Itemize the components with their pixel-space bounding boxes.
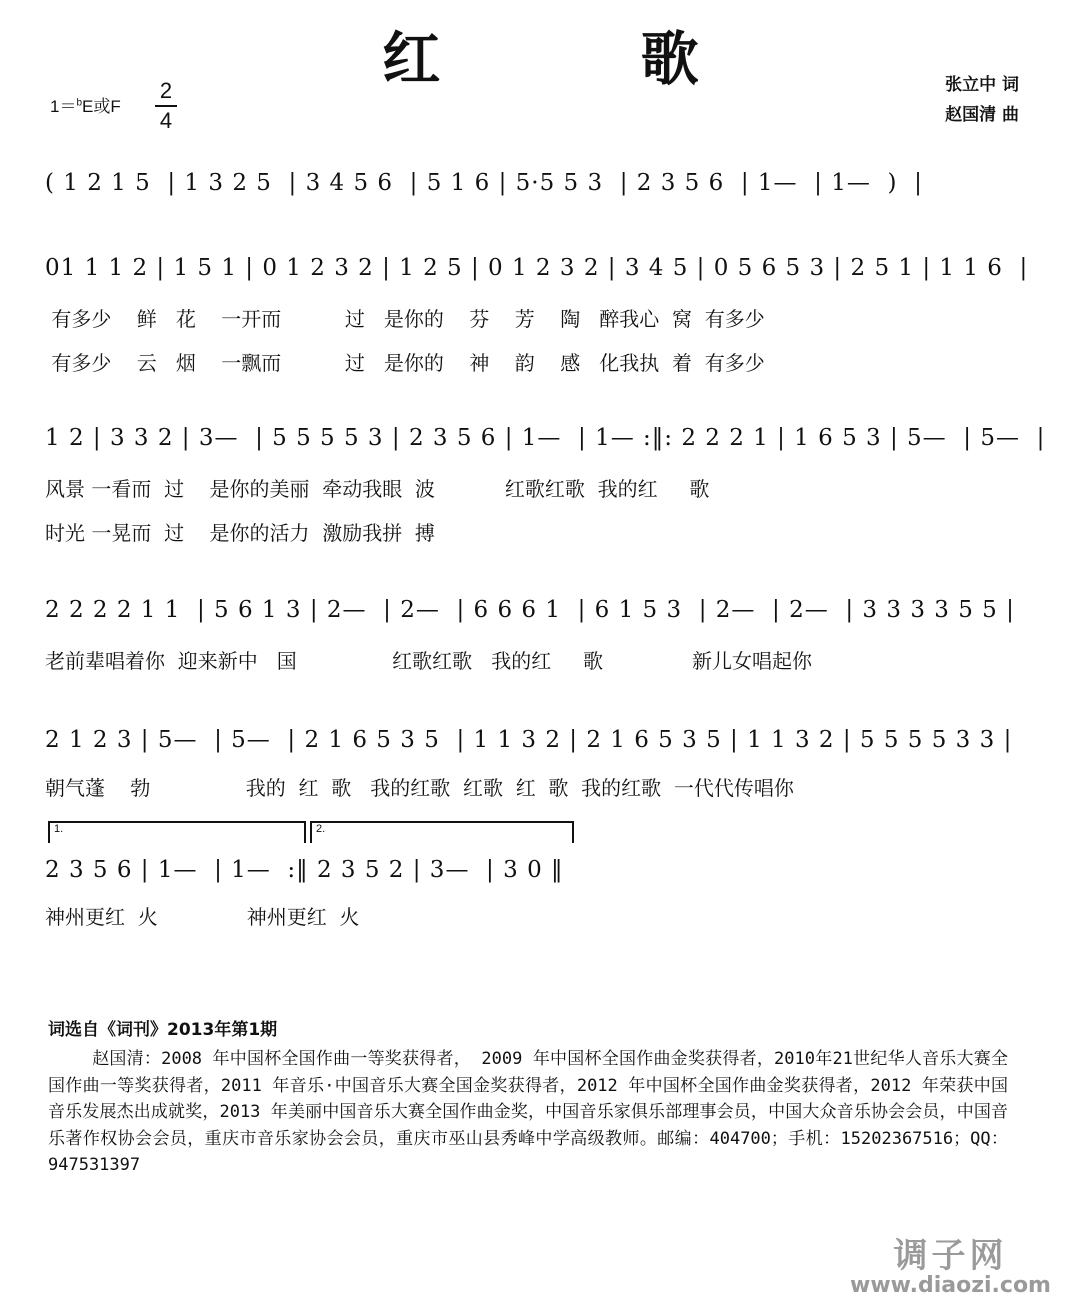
time-divider xyxy=(155,105,177,107)
watermark: 调子网 www.diaozi.com xyxy=(850,1228,1051,1298)
score-line-2: 01 1 1 2 | 1 5 1 | 0 1 2 3 2 | 1 2 5 | 0… xyxy=(45,255,1035,375)
notes: 2 3 5 6 | 1— | 1— :‖ 2 3 5 2 | 3— | 3 0 … xyxy=(45,857,564,883)
lyrics-verse-1: 风景 一看而 过 是你的美丽 牵动我眼 波 红歌红歌 我的红 歌 xyxy=(45,473,709,502)
key-signature: 1＝bE或F xyxy=(50,92,121,117)
notes: 1 2 | 3 3 2 | 3— | 5 5 5 5 3 | 2 3 5 6 |… xyxy=(45,425,1045,451)
lyrics-verse-1: 朝气蓬 勃 我的 红 歌 我的红歌 红歌 红 歌 我的红歌 一代代传唱你 xyxy=(45,772,794,801)
composer-bio: 赵国清：2008 年中国杯全国作曲一等奖获得者， 2009 年中国杯全国作曲金奖… xyxy=(48,1046,1008,1179)
score-line-6: 2 3 5 6 | 1— | 1— :‖ 2 3 5 2 | 3— | 3 0 … xyxy=(45,857,1035,937)
credits: 张立中 词 赵国清 曲 xyxy=(945,70,1019,130)
score-line-3: 1 2 | 3 3 2 | 3— | 5 5 5 5 3 | 2 3 5 6 |… xyxy=(45,425,1035,545)
lyricist: 张立中 词 xyxy=(945,70,1019,100)
notes: ( 1 2 1 5 | 1 3 2 5 | 3 4 5 6 | 5 1 6 | … xyxy=(45,170,923,196)
notes: 2 2 2 2 1 1 | 5 6 1 3 | 2— | 2— | 6 6 6 … xyxy=(45,597,1015,623)
notes: 01 1 1 2 | 1 5 1 | 0 1 2 3 2 | 1 2 5 | 0… xyxy=(45,255,1028,281)
key-prefix: 1＝ xyxy=(50,97,76,116)
lyrics-verse-1: 老前辈唱着你 迎来新中 国 红歌红歌 我的红 歌 新儿女唱起你 xyxy=(45,645,812,674)
volta-1: 1. xyxy=(48,821,306,843)
time-top: 2 xyxy=(160,78,172,103)
time-bottom: 4 xyxy=(160,108,172,133)
watermark-url: www.diaozi.com xyxy=(850,1273,1051,1298)
score-line-4: 2 2 2 2 1 1 | 5 6 1 3 | 2— | 2— | 6 6 6 … xyxy=(45,597,1035,677)
lyrics-source: 词选自《词刊》2013年第1期 xyxy=(48,1015,277,1040)
score-line-1: ( 1 2 1 5 | 1 3 2 5 | 3 4 5 6 | 5 1 6 | … xyxy=(45,170,1035,210)
lyrics-verse-2: 有多少 云 烟 一飘而 过 是你的 神 韵 感 化我执 着 有多少 xyxy=(45,347,765,376)
lyrics-verse-1: 有多少 鲜 花 一开而 过 是你的 芬 芳 陶 醉我心 窝 有多少 xyxy=(45,303,765,332)
score-line-5: 2 1 2 3 | 5— | 5— | 2 1 6 5 3 5 | 1 1 3 … xyxy=(45,727,1035,807)
composer: 赵国清 曲 xyxy=(945,100,1019,130)
lyrics-verse-2: 时光 一晃而 过 是你的活力 激励我拼 搏 xyxy=(45,517,435,546)
watermark-name: 调子网 xyxy=(850,1228,1051,1277)
notes: 2 1 2 3 | 5— | 5— | 2 1 6 5 3 5 | 1 1 3 … xyxy=(45,727,1012,753)
time-signature: 2 4 xyxy=(155,80,177,132)
lyrics-verse-1: 神州更红 火 神州更红 火 xyxy=(45,901,359,930)
volta-2: 2. xyxy=(310,821,574,843)
key-suffix: E或F xyxy=(82,97,121,116)
